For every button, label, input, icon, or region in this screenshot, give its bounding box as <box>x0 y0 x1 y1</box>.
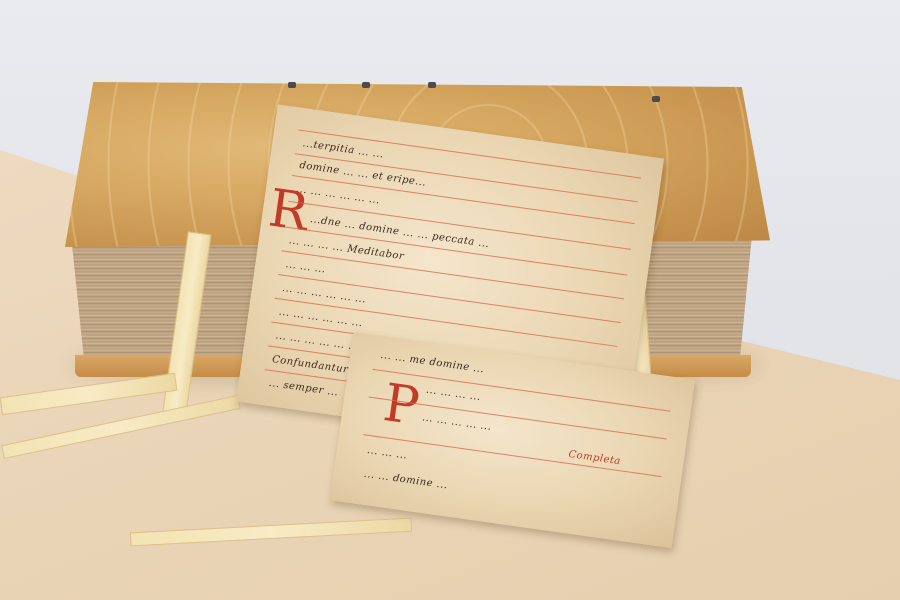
red-initial: R <box>266 182 312 239</box>
text-line: ... ... ... <box>366 445 408 462</box>
text-line: ... ... ... ... ... ... <box>278 307 363 330</box>
text-line: ...terpitia ... ... <box>302 138 385 160</box>
text-line: ... ... ... ... <box>425 385 481 404</box>
text-line: ... ... ... ... Meditabor <box>288 235 405 262</box>
text-line: ... ... ... ... ... ... <box>275 330 360 353</box>
clasp-pin <box>428 82 436 88</box>
clasp-pin <box>652 96 660 102</box>
clasp-pin <box>362 82 370 88</box>
text-line: ... ... domine ... <box>363 469 448 492</box>
red-initial: P <box>380 377 422 433</box>
text-line: ... ... ... ... ... ... <box>281 283 366 306</box>
clasp-pin <box>288 82 296 88</box>
text-line: ... ... ... ... ... <box>421 412 492 433</box>
text-line: ... semper ... <box>268 378 339 399</box>
text-line: ... ... ... <box>285 259 327 276</box>
